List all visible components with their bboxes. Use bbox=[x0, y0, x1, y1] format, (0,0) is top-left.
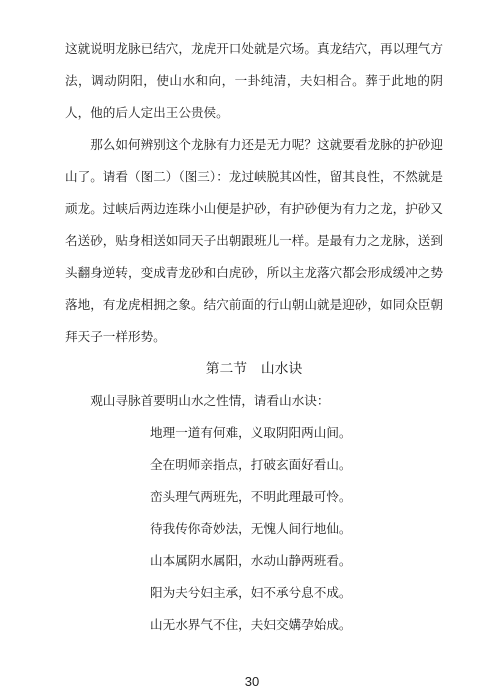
verse-line: 全在明师亲指点，打破玄面好看山。 bbox=[150, 449, 443, 481]
page-content: 这就说明龙脉已结穴，龙虎开口处就是穴场。真龙结穴，再以理气方法，调动阴阳，使山水… bbox=[65, 33, 443, 641]
document-page: 这就说明龙脉已结穴，龙虎开口处就是穴场。真龙结穴，再以理气方法，调动阴阳，使山水… bbox=[0, 0, 504, 699]
verse-line: 阳为夫兮妇主承，妇不承兮息不成。 bbox=[150, 577, 443, 609]
verse-block: 地理一道有何难，义取阴阳两山间。 全在明师亲指点，打破玄面好看山。 峦头理气两班… bbox=[65, 417, 443, 641]
verse-line: 地理一道有何难，义取阴阳两山间。 bbox=[150, 417, 443, 449]
body-paragraph: 那么如何辨别这个龙脉有力还是无力呢？这就要看龙脉的护砂迎山了。请看（图二）（图三… bbox=[65, 129, 443, 353]
verse-intro: 观山寻脉首要明山水之性情，请看山水诀： bbox=[65, 385, 443, 417]
page-number: 30 bbox=[0, 674, 504, 690]
verse-line: 峦头理气两班先，不明此理最可怜。 bbox=[150, 481, 443, 513]
verse-line: 山本属阴水属阳，水动山静两班看。 bbox=[150, 545, 443, 577]
section-heading: 第二节 山水诀 bbox=[65, 353, 443, 385]
body-paragraph: 这就说明龙脉已结穴，龙虎开口处就是穴场。真龙结穴，再以理气方法，调动阴阳，使山水… bbox=[65, 33, 443, 129]
verse-line: 待我传你奇妙法，无愧人间行地仙。 bbox=[150, 513, 443, 545]
verse-line: 山无水界气不住，夫妇交媾孕始成。 bbox=[150, 609, 443, 641]
